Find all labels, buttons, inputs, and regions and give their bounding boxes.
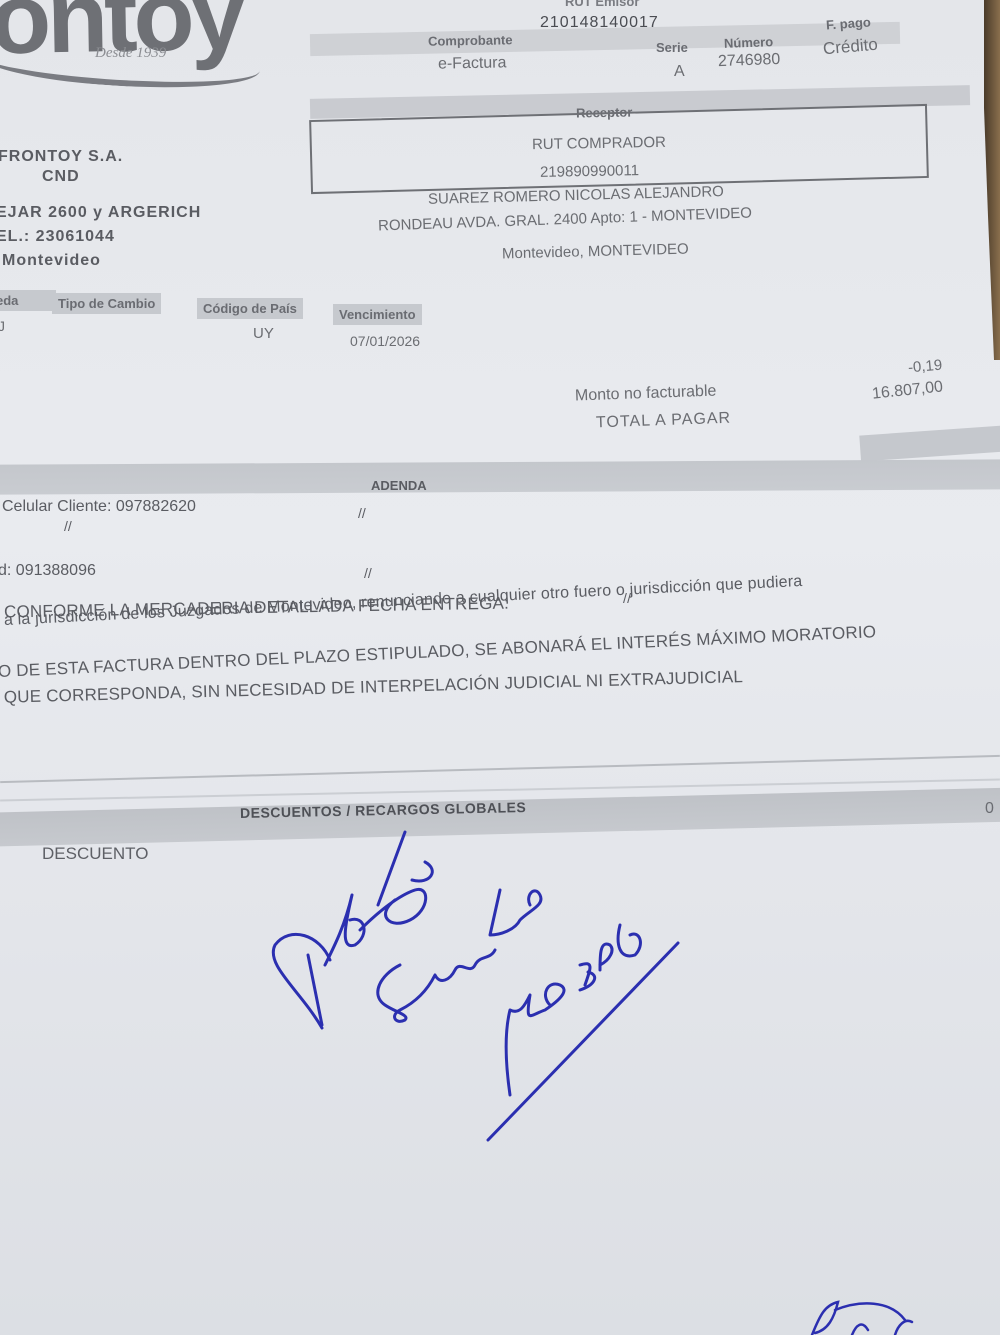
handwritten-signature: [0, 0, 1000, 1335]
